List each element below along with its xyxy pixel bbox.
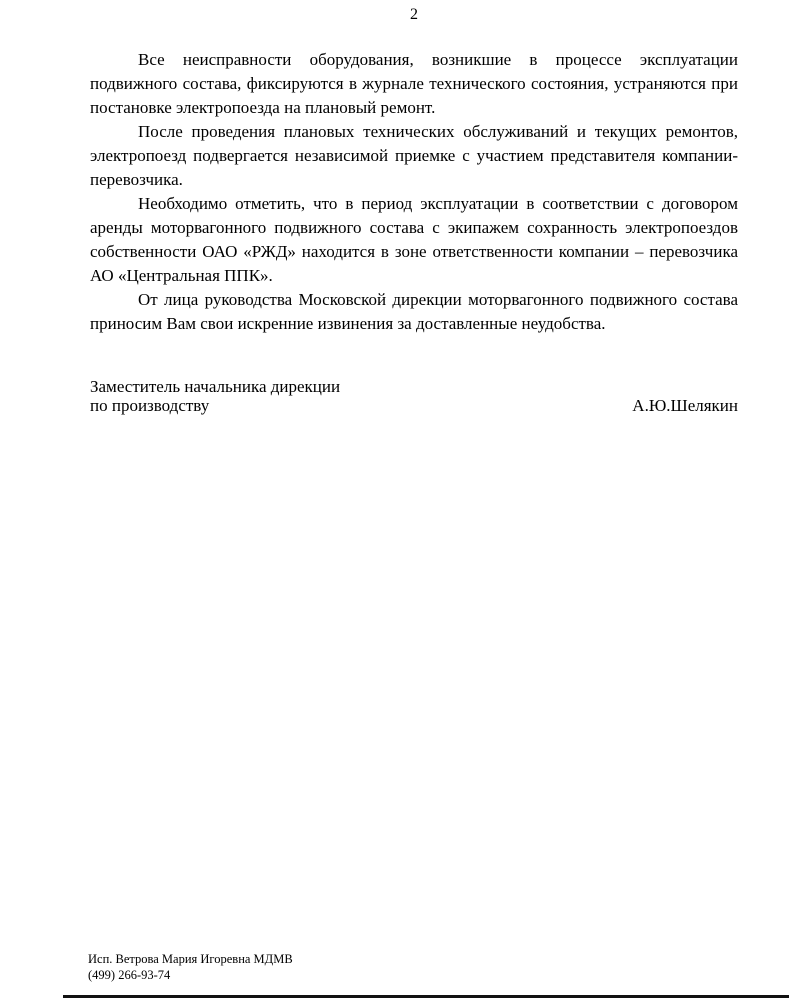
- document-page: 2 Все неисправности оборудования, возник…: [0, 0, 789, 998]
- paragraph-defects-log: Все неисправности оборудования, возникши…: [90, 48, 738, 120]
- paragraph-responsibility: Необходимо отметить, что в период эксплу…: [90, 192, 738, 288]
- paragraph-apology: От лица руководства Московской дирекции …: [90, 288, 738, 336]
- signature-position-line2: по производству: [90, 396, 340, 415]
- signature-name: А.Ю.Шелякин: [632, 396, 738, 415]
- signature-block: Заместитель начальника дирекции по произ…: [90, 377, 738, 415]
- signature-position-line1: Заместитель начальника дирекции: [90, 377, 340, 396]
- executor-footer: Исп. Ветрова Мария Игоревна МДМВ (499) 2…: [88, 951, 293, 983]
- letter-body: Все неисправности оборудования, возникши…: [90, 48, 738, 336]
- paragraph-independent-acceptance: После проведения плановых технических об…: [90, 120, 738, 192]
- signature-position: Заместитель начальника дирекции по произ…: [90, 377, 340, 415]
- executor-phone: (499) 266-93-74: [88, 967, 293, 983]
- executor-name: Исп. Ветрова Мария Игоревна МДМВ: [88, 951, 293, 967]
- page-number: 2: [90, 5, 738, 25]
